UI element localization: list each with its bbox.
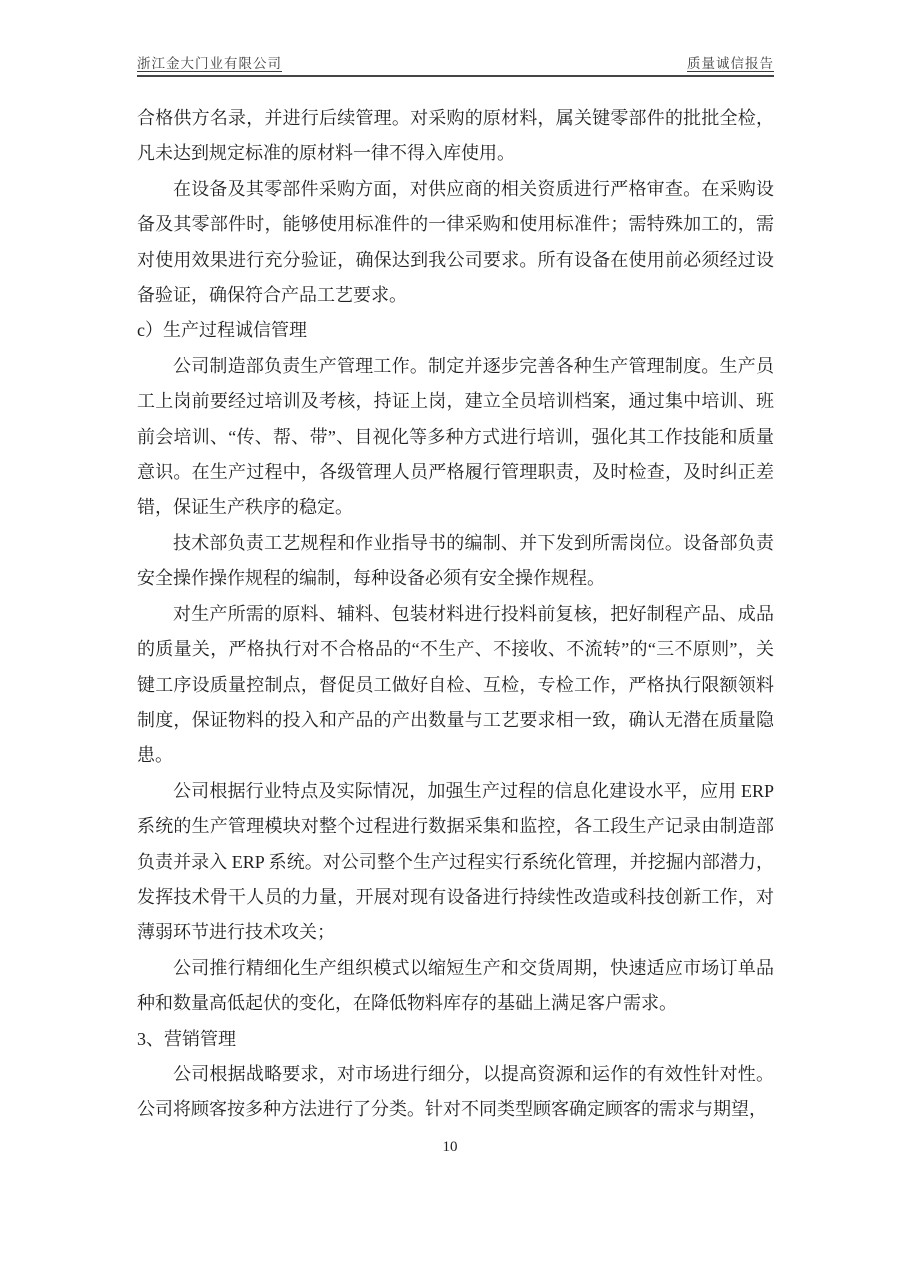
section-heading-production-integrity: c）生产过程诚信管理 [137,313,774,348]
header-report-title: 质量诚信报告 [687,52,774,72]
document-body: 合格供方名录，并进行后续管理。对采购的原材料，属关键零部件的批批全检，凡未达到规… [137,101,774,1128]
paragraph-supplier-list-continuation: 合格供方名录，并进行后续管理。对采购的原材料，属关键零部件的批批全检，凡未达到规… [137,101,774,172]
paragraph-equipment-procurement: 在设备及其零部件采购方面，对供应商的相关资质进行严格审查。在采购设备及其零部件时… [137,172,774,314]
paragraph-erp-system: 公司根据行业特点及实际情况，加强生产过程的信息化建设水平，应用 ERP 系统的生… [137,774,774,951]
header-company-name: 浙江金大门业有限公司 [137,52,282,72]
document-footer: 10 [0,1139,900,1156]
paragraph-technical-dept: 技术部负责工艺规程和作业指导书的编制、并下发到所需岗位。设备部负责安全操作操作规… [137,526,774,597]
paragraph-material-inspection: 对生产所需的原料、辅料、包装材料进行投料前复核，把好制程产品、成品的质量关，严格… [137,597,774,774]
document-header: 浙江金大门业有限公司 质量诚信报告 [137,52,774,77]
document-page: 浙江金大门业有限公司 质量诚信报告 合格供方名录，并进行后续管理。对采购的原材料… [0,0,900,1272]
page-number: 10 [443,1139,458,1155]
paragraph-manufacturing-dept: 公司制造部负责生产管理工作。制定并逐步完善各种生产管理制度。生产员工上岗前要经过… [137,349,774,526]
paragraph-lean-production: 公司推行精细化生产组织模式以缩短生产和交货周期，快速适应市场订单品种和数量高低起… [137,951,774,1022]
paragraph-market-segmentation: 公司根据战略要求，对市场进行细分，以提高资源和运作的有效性针对性。公司将顾客按多… [137,1057,774,1128]
section-heading-marketing-management: 3、营销管理 [137,1022,774,1057]
